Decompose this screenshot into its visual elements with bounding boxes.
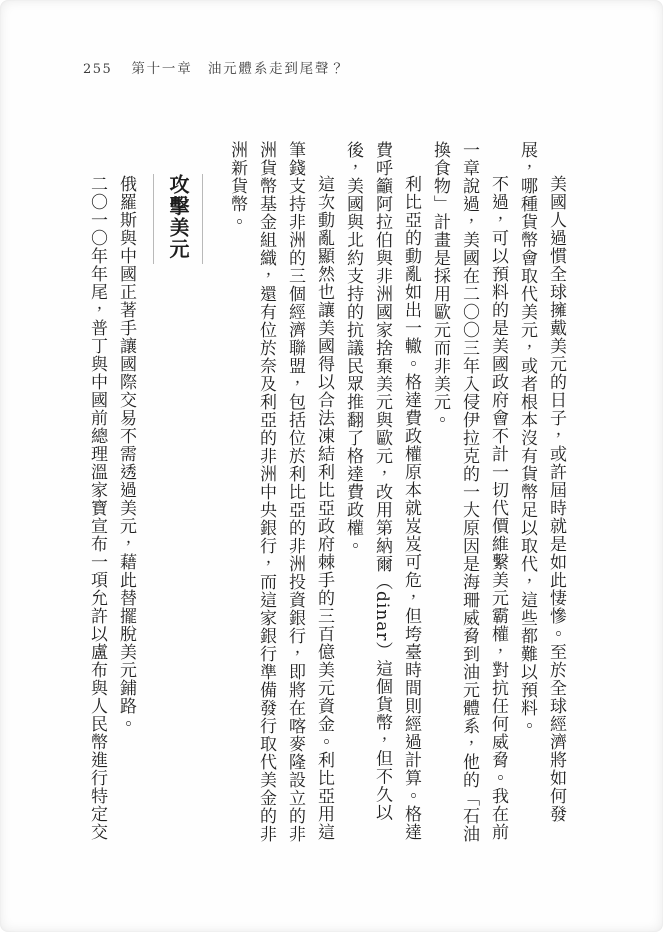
body-paragraph: 美國人過慣全球擁戴美元的日子，或許屆時就是如此悽慘。至於全球經濟將如何發展，哪種… [512, 141, 570, 847]
body-paragraph: 二〇一〇年年尾，普丁與中國前總理溫家寶宣布一項允許以盧布與人民幣進行特定交 [82, 141, 111, 847]
section-heading: 攻擊美元 [153, 174, 203, 264]
body-paragraph: 利比亞的動亂如出一轍。格達費政權原本就岌岌可危，但垮臺時間則經過計算。格達費呼籲… [338, 141, 425, 847]
running-header: 255 第十一章 油元體系走到尾聲？ [83, 57, 346, 77]
body-paragraph: 這次動亂顯然也讓美國得以合法凍結利比亞政府棘手的三百億美元資金。利比亞用這筆錢支… [222, 141, 338, 847]
page-number: 255 [83, 62, 112, 77]
body-paragraph: 俄羅斯與中國正著手讓國際交易不需透過美元，藉此替擺脫美元鋪路。 [111, 141, 140, 847]
book-page: 255 第十一章 油元體系走到尾聲？ 美國人過慣全球擁戴美元的日子，或許屆時就是… [0, 0, 663, 932]
chapter-title: 第十一章 油元體系走到尾聲？ [131, 57, 345, 77]
main-text-block: 美國人過慣全球擁戴美元的日子，或許屆時就是如此悽慘。至於全球經濟將如何發展，哪種… [78, 141, 570, 847]
body-paragraph: 不過，可以預料的是美國政府會不計一切代價維繫美元霸權，對抗任何威脅。我在前一章說… [425, 141, 512, 847]
